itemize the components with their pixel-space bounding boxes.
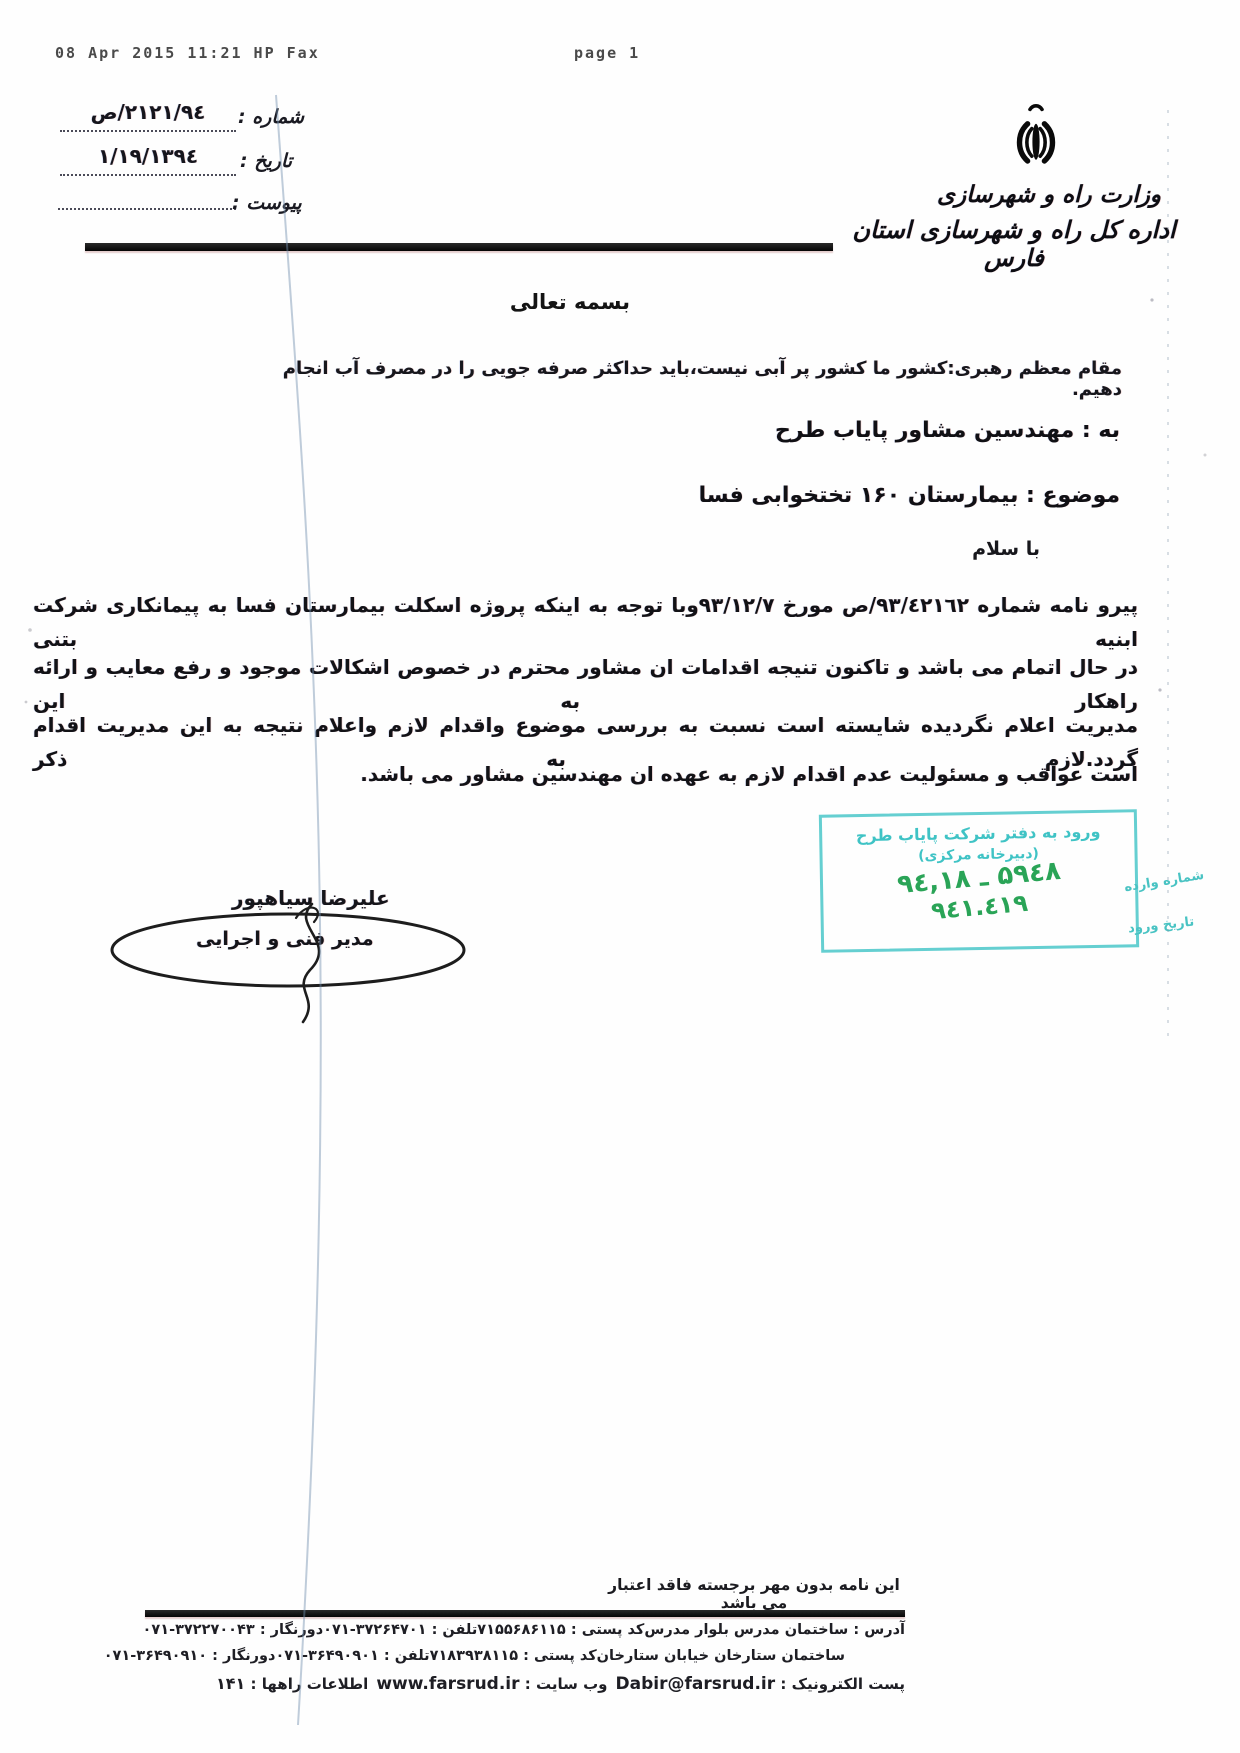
fax-1-label: دورنگار : xyxy=(260,1622,323,1638)
address-1-value: ساختمان مدرس بلوار مدرس xyxy=(644,1622,848,1638)
postal-code-1-label: کد پستی : xyxy=(571,1622,645,1638)
footer-address-row-2: ساختمان ستارخان خیابان ستارخان کد پستی :… xyxy=(140,1648,845,1664)
reference-attachment-value xyxy=(58,178,236,210)
postal-code-2-label: کد پستی : xyxy=(523,1648,597,1664)
letterhead-ministry: وزارت راه و شهرسازی xyxy=(918,182,1180,208)
phone-2-label: تلفن : xyxy=(384,1648,430,1664)
postal-code-2: کد پستی : ۷۱۸۳۹۳۸۱۱۵ xyxy=(430,1648,597,1664)
website-value: www.farsrud.ir xyxy=(376,1674,519,1694)
fax-page-number: page 1 xyxy=(574,44,640,62)
footer-contact-row-3: پست الکترونیک : Dabir@farsrud.ir وب سایت… xyxy=(216,1674,905,1694)
fax-1: دورنگار : ۰۷۱-۳۷۲۲۷۰۰۴۳ xyxy=(143,1622,324,1638)
fax-timestamp: 08 Apr 2015 11:21 HP Fax xyxy=(55,44,320,62)
leader-quote: مقام معظم رهبری:کشور ما کشور پر آبی نیست… xyxy=(238,358,1122,400)
fax-2: دورنگار : ۰۷۱-۳۶۴۹۰۹۱۰ xyxy=(104,1648,276,1664)
letter-to-line: به : مهندسین مشاور پایاب طرح xyxy=(775,418,1120,443)
phone-2: تلفن : ۰۷۱-۳۶۴۹۰۹۰۱ xyxy=(275,1648,429,1664)
footer-address-row-1: آدرس : ساختمان مدرس بلوار مدرس کد پستی :… xyxy=(180,1622,905,1638)
road-info-label: اطلاعات راهها : xyxy=(251,1675,369,1693)
reference-date-label: تاریخ : xyxy=(240,150,292,172)
address-2: ساختمان ستارخان خیابان ستارخان xyxy=(597,1648,845,1664)
stamp-company-line: ورود به دفتر شرکت پایاب طرح xyxy=(822,821,1134,845)
road-info-value: ۱۴۱ xyxy=(216,1674,245,1693)
email-label: پست الکترونیک : xyxy=(780,1675,905,1693)
email: پست الکترونیک : Dabir@farsrud.ir xyxy=(615,1674,905,1694)
phone-1-label: تلفن : xyxy=(432,1622,478,1638)
reference-number-value: ۹٤/۲۱۲۱/ص xyxy=(60,100,236,132)
fax-2-label: دورنگار : xyxy=(212,1648,275,1664)
body-line-1: پیرو نامه شماره ۹۳/٤۲۱٦۲/ص مورخ ۹۳/۱۲/۷و… xyxy=(33,588,1138,656)
postal-code-1: کد پستی : ۷۱۵۵۶۸۶۱۱۵ xyxy=(477,1622,644,1638)
phone-1: تلفن : ۰۷۱-۳۷۲۶۴۷۰۱ xyxy=(323,1622,477,1638)
postal-code-1-value: ۷۱۵۵۶۸۶۱۱۵ xyxy=(477,1622,566,1638)
postal-code-2-value: ۷۱۸۳۹۳۸۱۱۵ xyxy=(430,1648,519,1664)
fax-2-value: ۰۷۱-۳۶۴۹۰۹۱۰ xyxy=(104,1648,207,1664)
handwritten-signature xyxy=(100,898,480,1028)
fax-scanned-letter: 08 Apr 2015 11:21 HP Fax page 1 ۹٤/۲۱۲۱/… xyxy=(0,0,1240,1753)
iran-emblem-icon xyxy=(1006,100,1066,174)
reference-number-label: شماره : xyxy=(238,106,304,128)
letter-salutation: با سلام xyxy=(972,538,1040,560)
receipt-stamp: ورود به دفتر شرکت پایاب طرح (دبیرخانه مر… xyxy=(819,809,1139,953)
besmele-heading: بسمه تعالی xyxy=(470,290,670,314)
letterhead-department: اداره کل راه و شهرسازی استان فارس xyxy=(838,216,1190,272)
reference-attachment-label: پیوست : xyxy=(232,192,302,214)
phone-1-value: ۰۷۱-۳۷۲۶۴۷۰۱ xyxy=(323,1622,426,1638)
header-rule xyxy=(85,243,833,251)
website: وب سایت : www.farsrud.ir xyxy=(376,1674,607,1694)
address-1: آدرس : ساختمان مدرس بلوار مدرس xyxy=(644,1622,905,1638)
address-1-label: آدرس : xyxy=(853,1622,905,1638)
letter-subject-line: موضوع : بیمارستان ۱۶۰ تختخوابی فسا xyxy=(699,483,1120,508)
fax-1-value: ۰۷۱-۳۷۲۲۷۰۰۴۳ xyxy=(143,1622,255,1638)
road-info: اطلاعات راهها : ۱۴۱ xyxy=(216,1674,368,1694)
reference-date-value: ۱۳۹٤/۱/۱۹ xyxy=(60,144,236,176)
phone-2-value: ۰۷۱-۳۶۴۹۰۹۰۱ xyxy=(275,1648,378,1664)
validity-note: این نامه بدون مهر برجسته فاقد اعتبار می … xyxy=(600,1576,908,1612)
body-line-4: است عواقب و مسئولیت عدم اقدام لازم به عه… xyxy=(33,757,1138,791)
address-2-value: ساختمان ستارخان خیابان ستارخان xyxy=(597,1648,845,1664)
website-label: وب سایت : xyxy=(525,1675,608,1693)
email-value: Dabir@farsrud.ir xyxy=(615,1674,775,1694)
footer-rule xyxy=(145,1610,905,1617)
